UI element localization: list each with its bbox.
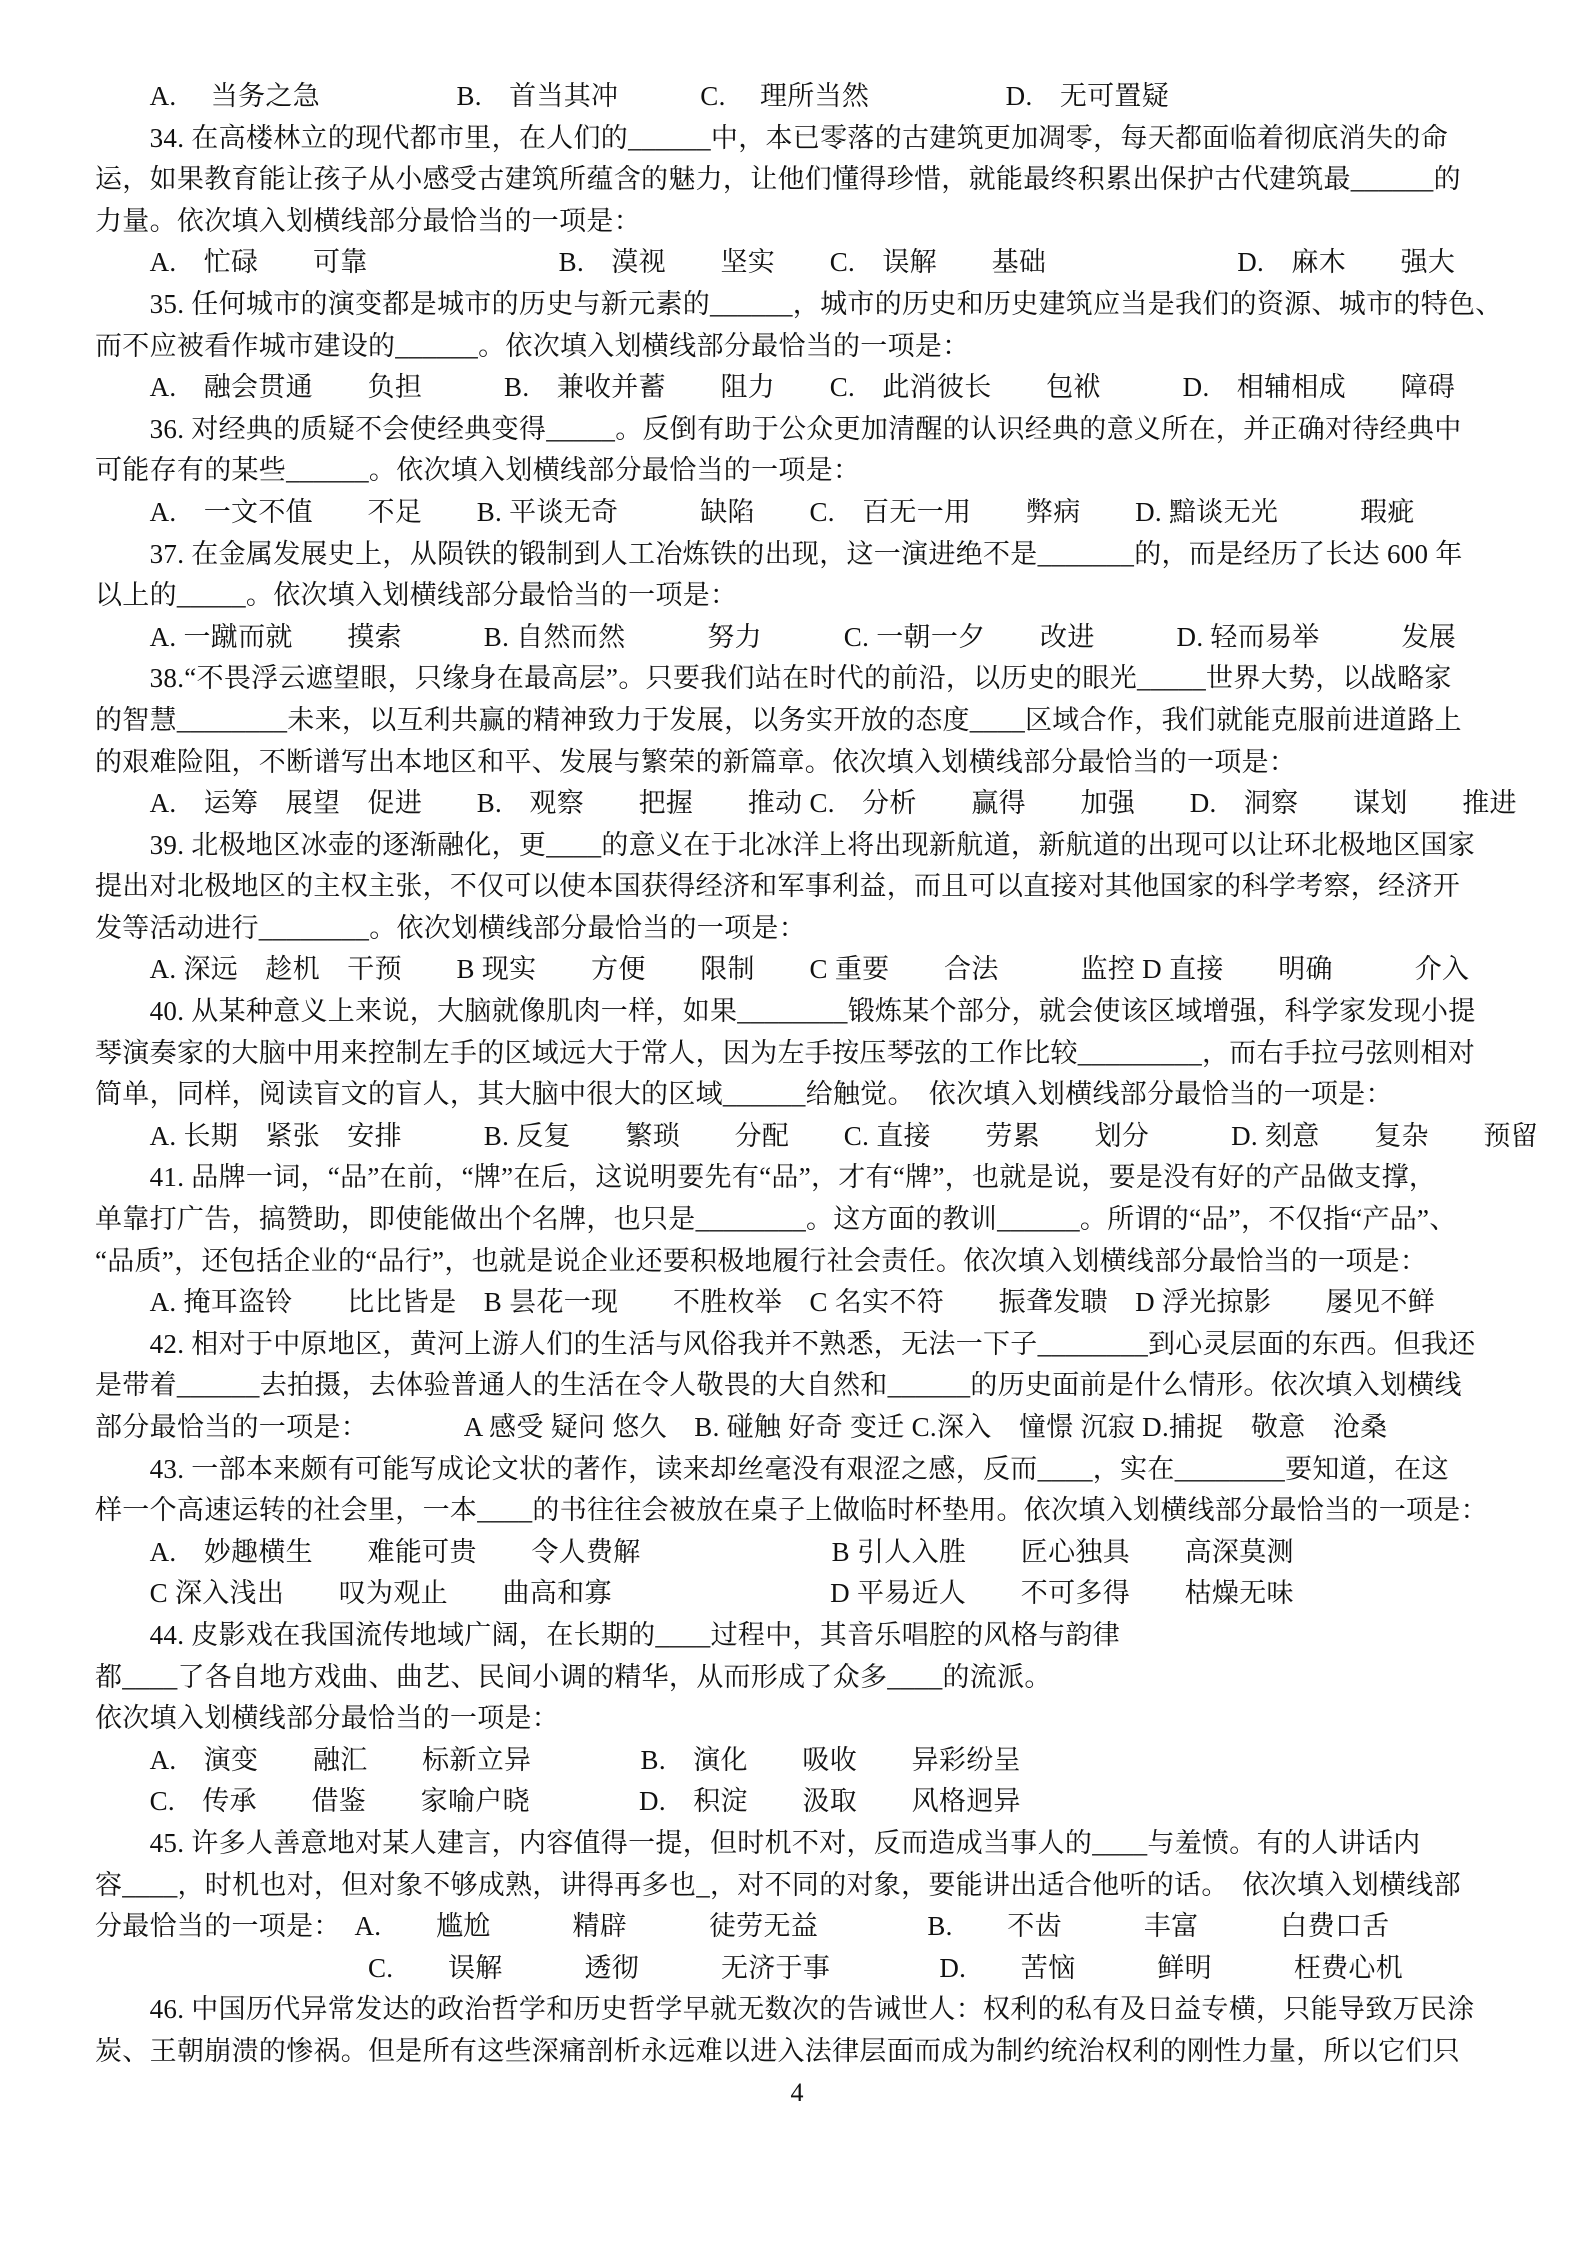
text-line: 力量。依次填入划横线部分最恰当的一项是： — [95, 201, 1502, 243]
text-line: 的智慧________未来，以互利共赢的精神致力于发展，以务实开放的态度____… — [95, 700, 1502, 742]
text-line: 都____了各自地方戏曲、曲艺、民间小调的精华，从而形成了众多____的流派。 — [95, 1657, 1502, 1699]
text-line: A. 一文不值 不足 B. 平谈无奇 缺陷 C. 百无一用 弊病 D. 黯谈无光… — [95, 492, 1502, 534]
text-line: A. 当务之急 B. 首当其冲 C. 理所当然 D. 无可置疑 — [95, 76, 1502, 118]
text-line: 容____，时机也对，但对象不够成熟，讲得再多也_，对不同的对象，要能讲出适合他… — [95, 1865, 1502, 1907]
text-line: 可能存有的某些______。依次填入划横线部分最恰当的一项是： — [95, 450, 1502, 492]
text-line: 以上的_____。依次填入划横线部分最恰当的一项是： — [95, 575, 1502, 617]
text-line: 样一个高速运转的社会里，一本____的书往往会被放在桌子上做临时杯垫用。依次填入… — [95, 1490, 1502, 1532]
text-line: 36. 对经典的质疑不会使经典变得_____。反倒有助于公众更加清醒的认识经典的… — [95, 409, 1502, 451]
text-line: 简单，同样，阅读盲文的盲人，其大脑中很大的区域______给触觉。 依次填入划横… — [95, 1074, 1502, 1116]
text-line: C. 误解 透彻 无济于事 D. 苦恼 鲜明 枉费心机 — [95, 1948, 1502, 1990]
text-line: A. 运筹 展望 促进 B. 观察 把握 推动 C. 分析 赢得 加强 D. 洞… — [95, 783, 1502, 825]
text-line: A. 深远 趁机 干预 B 现实 方便 限制 C 重要 合法 监控 D 直接 明… — [95, 949, 1502, 991]
text-line: A. 忙碌 可靠 B. 漠视 坚实 C. 误解 基础 D. 麻木 强大 — [95, 242, 1502, 284]
text-line: 41. 品牌一词，“品”在前，“牌”在后，这说明要先有“品”，才有“牌”，也就是… — [95, 1157, 1502, 1199]
text-line: A. 演变 融汇 标新立异 B. 演化 吸收 异彩纷呈 — [95, 1740, 1502, 1782]
text-line: 40. 从某种意义上来说，大脑就像肌肉一样，如果________锻炼某个部分，就… — [95, 991, 1502, 1033]
text-line: 42. 相对于中原地区，黄河上游人们的生活与风俗我并不熟悉，无法一下子_____… — [95, 1324, 1502, 1366]
text-line: A. 融会贯通 负担 B. 兼收并蓄 阻力 C. 此消彼长 包袱 D. 相辅相成… — [95, 367, 1502, 409]
text-line: C 深入浅出 叹为观止 曲高和寡 D 平易近人 不可多得 枯燥无味 — [95, 1573, 1502, 1615]
text-line: 的艰难险阻，不断谱写出本地区和平、发展与繁荣的新篇章。依次填入划横线部分最恰当的… — [95, 742, 1502, 784]
text-line: 琴演奏家的大脑中用来控制左手的区域远大于常人，因为左手按压琴弦的工作比较____… — [95, 1033, 1502, 1075]
text-line: A. 一蹴而就 摸索 B. 自然而然 努力 C. 一朝一夕 改进 D. 轻而易举… — [95, 617, 1502, 659]
text-line: 发等活动进行________。依次划横线部分最恰当的一项是： — [95, 908, 1502, 950]
text-line: 37. 在金属发展史上，从陨铁的锻制到人工冶炼铁的出现，这一演进绝不是_____… — [95, 534, 1502, 576]
text-line: A. 长期 紧张 安排 B. 反复 繁琐 分配 C. 直接 劳累 划分 D. 刻… — [95, 1116, 1502, 1158]
text-line: 而不应被看作城市建设的______。依次填入划横线部分最恰当的一项是： — [95, 326, 1502, 368]
text-line: “品质”，还包括企业的“品行”，也就是说企业还要积极地履行社会责任。依次填入划横… — [95, 1241, 1502, 1283]
document-page: A. 当务之急 B. 首当其冲 C. 理所当然 D. 无可置疑 34. 在高楼林… — [0, 0, 1594, 2073]
text-line: 45. 许多人善意地对某人建言，内容值得一提，但时机不对，反而造成当事人的___… — [95, 1823, 1502, 1865]
text-line: 46. 中国历代异常发达的政治哲学和历史哲学早就无数次的告诫世人：权利的私有及日… — [95, 1989, 1502, 2031]
text-line: 44. 皮影戏在我国流传地域广阔，在长期的____过程中，其音乐唱腔的风格与韵律 — [95, 1615, 1502, 1657]
text-line: 炭、王朝崩溃的惨祸。但是所有这些深痛剖析永远难以进入法律层面而成为制约统治权利的… — [95, 2031, 1502, 2073]
text-line: 35. 任何城市的演变都是城市的历史与新元素的______，城市的历史和历史建筑… — [95, 284, 1502, 326]
text-line: 分最恰当的一项是： A. 尴尬 精辟 徒劳无益 B. 不齿 丰富 白费口舌 — [95, 1906, 1502, 1948]
text-line: 运，如果教育能让孩子从小感受古建筑所蕴含的魅力，让他们懂得珍惜，就能最终积累出保… — [95, 159, 1502, 201]
text-line: C. 传承 借鉴 家喻户晓 D. 积淀 汲取 风格迥异 — [95, 1781, 1502, 1823]
text-line: A. 掩耳盗铃 比比皆是 B 昙花一现 不胜枚举 C 名实不符 振聋发聩 D 浮… — [95, 1282, 1502, 1324]
text-line: 39. 北极地区冰壶的逐渐融化，更____的意义在于北冰洋上将出现新航道，新航道… — [95, 825, 1502, 867]
text-line: 是带着______去拍摄，去体验普通人的生活在令人敬畏的大自然和______的历… — [95, 1365, 1502, 1407]
text-line: 提出对北极地区的主权主张，不仅可以使本国获得经济和军事利益，而且可以直接对其他国… — [95, 866, 1502, 908]
text-line: 43. 一部本来颇有可能写成论文状的著作，读来却丝毫没有艰涩之感，反而____，… — [95, 1449, 1502, 1491]
page-number: 4 — [0, 2078, 1594, 2108]
text-line: 38.“不畏浮云遮望眼，只缘身在最高层”。只要我们站在时代的前沿，以历史的眼光_… — [95, 658, 1502, 700]
text-line: 部分最恰当的一项是： A 感受 疑问 悠久 B. 碰触 好奇 变迁 C.深入 憧… — [95, 1407, 1502, 1449]
text-line: 依次填入划横线部分最恰当的一项是： — [95, 1698, 1502, 1740]
text-line: 单靠打广告，搞赞助，即使能做出个名牌，也只是________。这方面的教训___… — [95, 1199, 1502, 1241]
text-line: A. 妙趣横生 难能可贵 令人费解 B 引人入胜 匠心独具 高深莫测 — [95, 1532, 1502, 1574]
text-line: 34. 在高楼林立的现代都市里，在人们的______中，本已零落的古建筑更加凋零… — [95, 118, 1502, 160]
